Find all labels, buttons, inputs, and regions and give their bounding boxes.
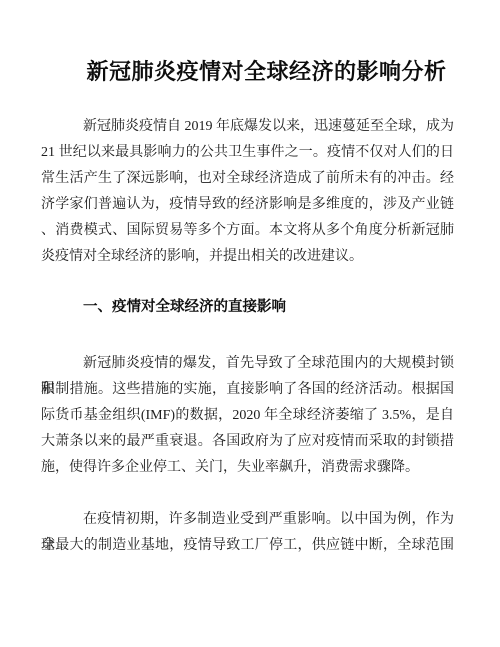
section-1-paragraph-2: 在疫情初期，许多制造业受到严重影响。以中国为例，作为全 球最大的制造业基地，疫情… — [41, 507, 454, 559]
intro-paragraph: 新冠肺炎疫情自 2019 年底爆发以来，迅速蔓延至全球，成为 21 世纪以来最具… — [41, 114, 454, 270]
text-line: 炎疫情对全球经济的影响，并提出相关的改进建议。 — [41, 244, 454, 270]
section-1-heading: 一、疫情对全球经济的直接影响 — [41, 294, 454, 320]
text-line: 济学家们普遍认为，疫情导致的经济影响是多维度的，涉及产业链 — [41, 192, 454, 218]
text-line: 施，使得许多企业停工、关门，失业率飙升，消费需求骤降。 — [41, 455, 454, 481]
text-line: 球最大的制造业基地，疫情导致工厂停工，供应链中断，全球范围 — [41, 533, 454, 559]
document-page: 新冠肺炎疫情对全球经济的影响分析 新冠肺炎疫情自 2019 年底爆发以来，迅速蔓… — [0, 0, 500, 647]
section-1-paragraph-1: 新冠肺炎疫情的爆发，首先导致了全球范围内的大规模封锁和 限制措施。这些措施的实施… — [41, 351, 454, 481]
text-line: 、消费模式、国际贸易等多个方面。本文将从多个角度分析新冠肺 — [41, 218, 454, 244]
text-line: 际货币基金组织(IMF)的数据，2020 年全球经济萎缩了 3.5%，是自 — [41, 403, 454, 429]
text-line: 限制措施。这些措施的实施，直接影响了各国的经济活动。根据国 — [41, 377, 454, 403]
text-line: 常生活产生了深远影响，也对全球经济造成了前所未有的冲击。经 — [41, 166, 454, 192]
text-line: 大萧条以来的最严重衰退。各国政府为了应对疫情而采取的封锁措 — [41, 429, 454, 455]
text-line: 在疫情初期，许多制造业受到严重影响。以中国为例，作为全 — [41, 507, 454, 533]
text-line: 21 世纪以来最具影响力的公共卫生事件之一。疫情不仅对人们的日 — [41, 140, 454, 166]
text-line: 新冠肺炎疫情自 2019 年底爆发以来，迅速蔓延至全球，成为 — [41, 114, 454, 140]
text-line: 新冠肺炎疫情的爆发，首先导致了全球范围内的大规模封锁和 — [41, 351, 454, 377]
document-title: 新冠肺炎疫情对全球经济的影响分析 — [79, 57, 454, 87]
